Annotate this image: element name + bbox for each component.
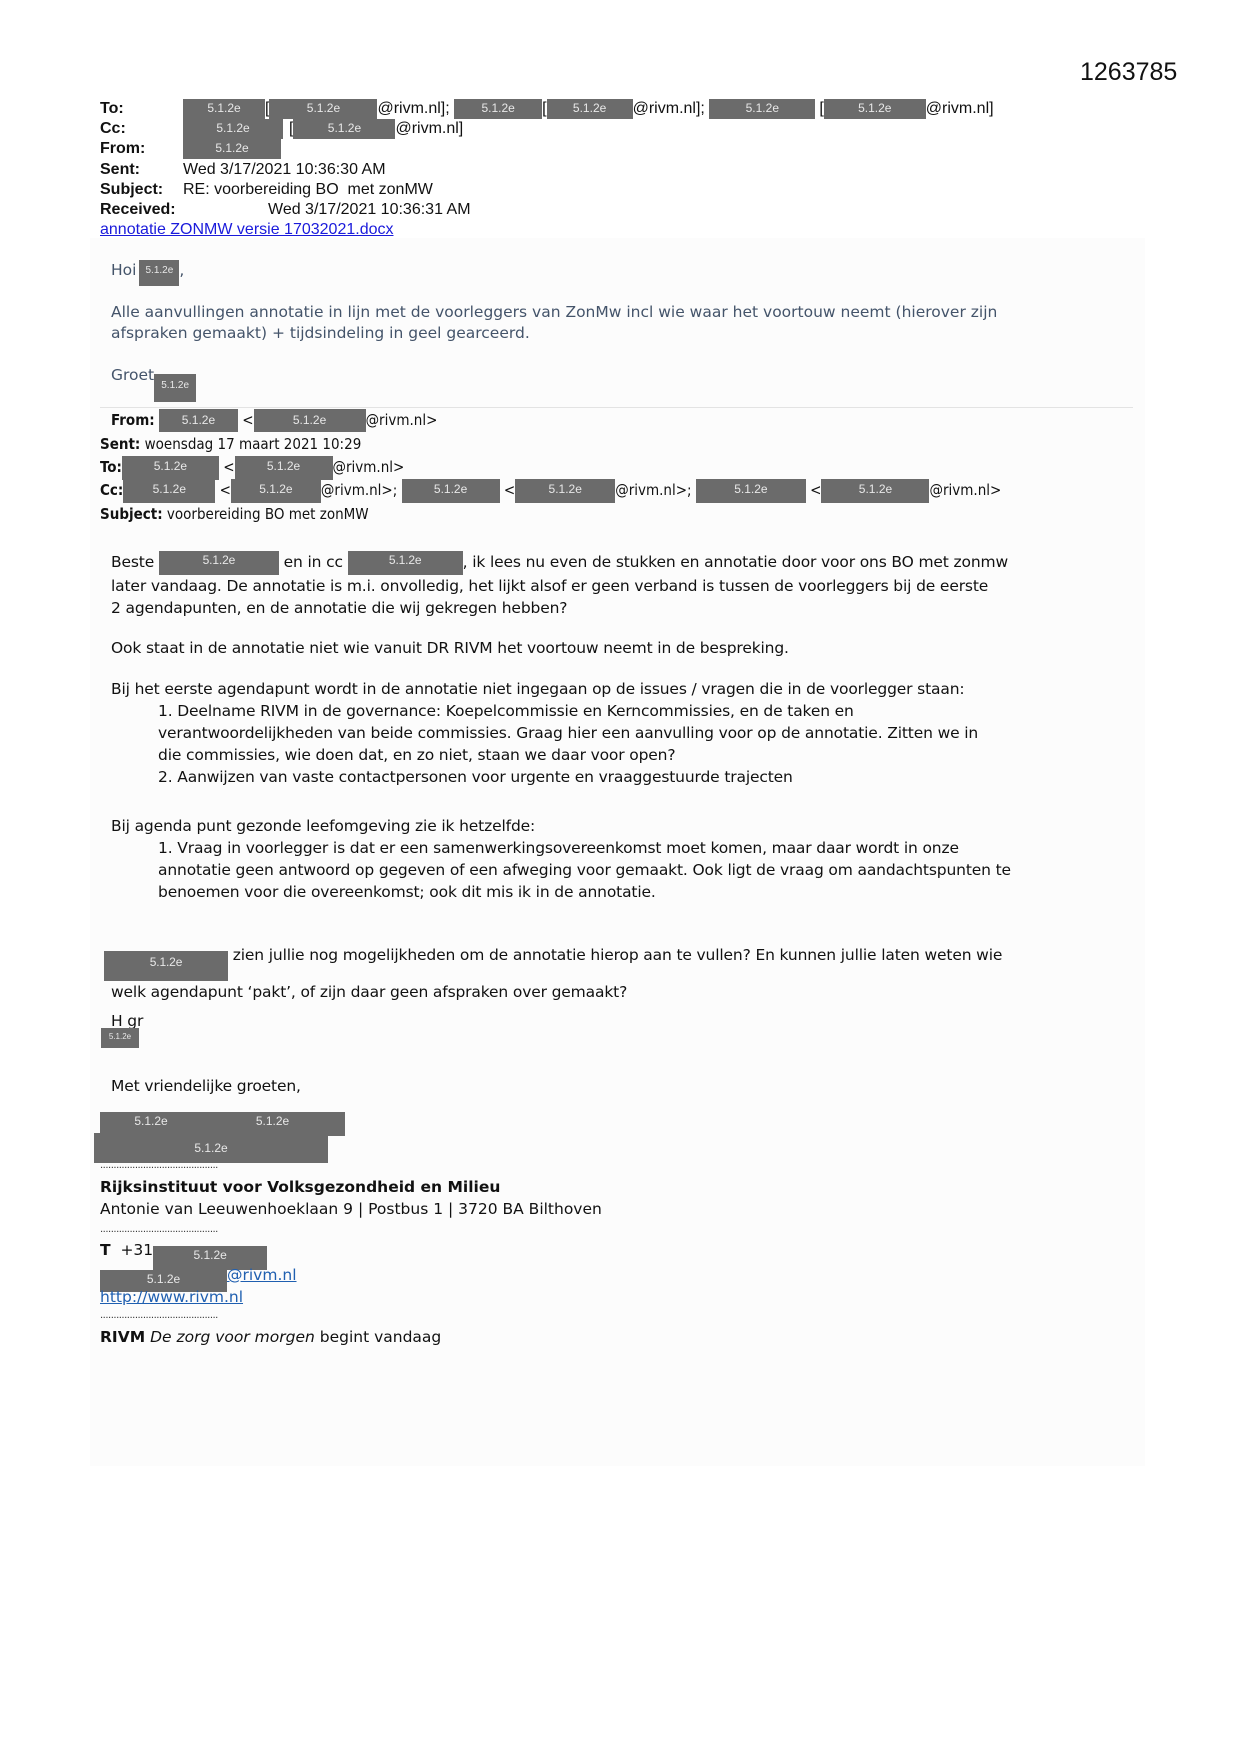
greeting: Hoi 5.1.2e, <box>111 260 184 286</box>
header-cc-row: Cc: 5.1.2e[5.1.2e@rivm.nl] <box>100 119 900 139</box>
inner-subject-row: Subject: voorbereiding BO met zonMW <box>100 503 369 526</box>
redaction: 5.1.2e <box>154 374 196 402</box>
divider: ........................................… <box>100 1160 218 1171</box>
redaction: 5.1.2e <box>454 99 542 119</box>
message-paragraph-4: Bij agenda punt gezonde leefomgeving zie… <box>111 815 535 837</box>
email-domain: @rivm.nl]; <box>633 100 705 117</box>
email-link[interactable]: @rivm.nl <box>227 1266 297 1284</box>
attachment-link[interactable]: annotatie ZONMW versie 17032021.docx <box>100 220 393 240</box>
inner-sent-row: Sent: woensdag 17 maart 2021 10:29 <box>100 433 361 456</box>
divider: ........................................… <box>100 1310 218 1321</box>
list-item: 2. Aanwijzen van vaste contactpersonen v… <box>158 766 978 788</box>
redaction: 5.1.2e <box>159 551 279 575</box>
redaction: 5.1.2e <box>183 139 281 159</box>
inner-cc-row: Cc:5.1.2e <5.1.2e@rivm.nl>; 5.1.2e <5.1.… <box>100 479 1001 503</box>
sent-value: Wed 3/17/2021 10:36:30 AM <box>183 160 386 180</box>
redaction: 5.1.2e <box>123 479 215 503</box>
redaction: 5.1.2e <box>101 1028 139 1048</box>
redaction: 5.1.2e <box>183 99 265 119</box>
redaction: 5.1.2e <box>269 99 377 119</box>
header-subject-row: Subject: RE: voorbereiding BO met zonMW <box>100 180 900 200</box>
inner-from-row: From: 5.1.2e <5.1.2e@rivm.nl> <box>111 409 437 432</box>
redaction: 5.1.2e <box>254 409 366 432</box>
redaction: 5.1.2e <box>159 409 238 432</box>
header-sent-row: Sent: Wed 3/17/2021 10:36:30 AM <box>100 160 900 180</box>
message-paragraph-1: Beste 5.1.2e en in cc 5.1.2e, ik lees nu… <box>111 551 1008 619</box>
header-from-row: From: 5.1.2e <box>100 139 900 159</box>
list-item: die commissies, wie doen dat, en zo niet… <box>158 744 978 766</box>
label-sent: Sent: <box>100 160 140 180</box>
email-domain: @rivm.nl]; <box>377 100 449 117</box>
document-number: 1263785 <box>1080 58 1177 87</box>
reply-closing: Groet5.1.2e <box>111 365 196 402</box>
label-cc: Cc: <box>100 119 126 139</box>
redaction: 5.1.2e <box>709 99 815 119</box>
email-domain: @rivm.nl] <box>926 100 994 117</box>
email-domain: @rivm.nl] <box>395 120 463 137</box>
redaction: 5.1.2e <box>402 479 500 503</box>
redaction: 5.1.2e <box>231 479 321 503</box>
subject-value: RE: voorbereiding BO met zonMW <box>183 180 433 200</box>
divider: ........................................… <box>100 1224 218 1235</box>
redaction: 5.1.2e <box>515 479 615 503</box>
label-from: From: <box>100 139 145 159</box>
message-separator <box>100 407 1133 408</box>
list-item: annotatie geen antwoord op gegeven of ee… <box>158 859 1011 881</box>
agenda-list-1: 1. Deelname RIVM in de governance: Koepe… <box>158 700 978 788</box>
list-item: verantwoordelijkheden van beide commissi… <box>158 722 978 744</box>
redaction: 5.1.2e <box>235 456 333 480</box>
label-received: Received: <box>100 200 176 220</box>
org-name: Rijksinstituut voor Volksgezondheid en M… <box>100 1176 500 1198</box>
received-value: Wed 3/17/2021 10:36:31 AM <box>268 200 471 220</box>
redaction: 5.1.2e <box>94 1133 328 1163</box>
redaction: 5.1.2e <box>348 551 463 575</box>
list-item: 1. Deelname RIVM in de governance: Koepe… <box>158 700 978 722</box>
header-received-row: Received: Wed 3/17/2021 10:36:31 AM <box>100 200 900 220</box>
org-address: Antonie van Leeuwenhoeklaan 9 | Postbus … <box>100 1198 602 1220</box>
redaction: 5.1.2e <box>293 119 395 139</box>
redaction: 5.1.2e <box>821 479 929 503</box>
tagline: RIVM De zorg voor morgen begint vandaag <box>100 1326 441 1348</box>
inner-to-row: To:5.1.2e <5.1.2e@rivm.nl> <box>100 456 404 480</box>
redaction: 5.1.2e <box>122 456 219 480</box>
list-item: 1. Vraag in voorlegger is dat er een sam… <box>158 837 1011 859</box>
label-to: To: <box>100 99 124 119</box>
label-subject: Subject: <box>100 180 163 200</box>
redaction: 5.1.2e <box>183 119 283 139</box>
agenda-list-2: 1. Vraag in voorlegger is dat er een sam… <box>158 837 1011 903</box>
redaction: 5.1.2e <box>139 260 179 286</box>
header-to-row: To: 5.1.2e[5.1.2e@rivm.nl]; 5.1.2e[5.1.2… <box>100 99 1100 119</box>
closing: Met vriendelijke groeten, <box>111 1075 301 1097</box>
list-item: benoemen voor die overeenkomst; ook dit … <box>158 881 1011 903</box>
website-link[interactable]: http://www.rivm.nl <box>100 1286 243 1308</box>
message-paragraph-5: 5.1.2e zien jullie nog mogelijkheden om … <box>104 944 1002 1003</box>
redaction: 5.1.2e <box>547 99 633 119</box>
message-paragraph-2: Ook staat in de annotatie niet wie vanui… <box>111 637 789 659</box>
redaction: 5.1.2e <box>696 479 806 503</box>
reply-paragraph: Alle aanvullingen annotatie in lijn met … <box>111 302 997 344</box>
redaction: 5.1.2e <box>104 951 228 981</box>
message-paragraph-3: Bij het eerste agendapunt wordt in de an… <box>111 678 964 700</box>
redaction: 5.1.2e <box>824 99 926 119</box>
